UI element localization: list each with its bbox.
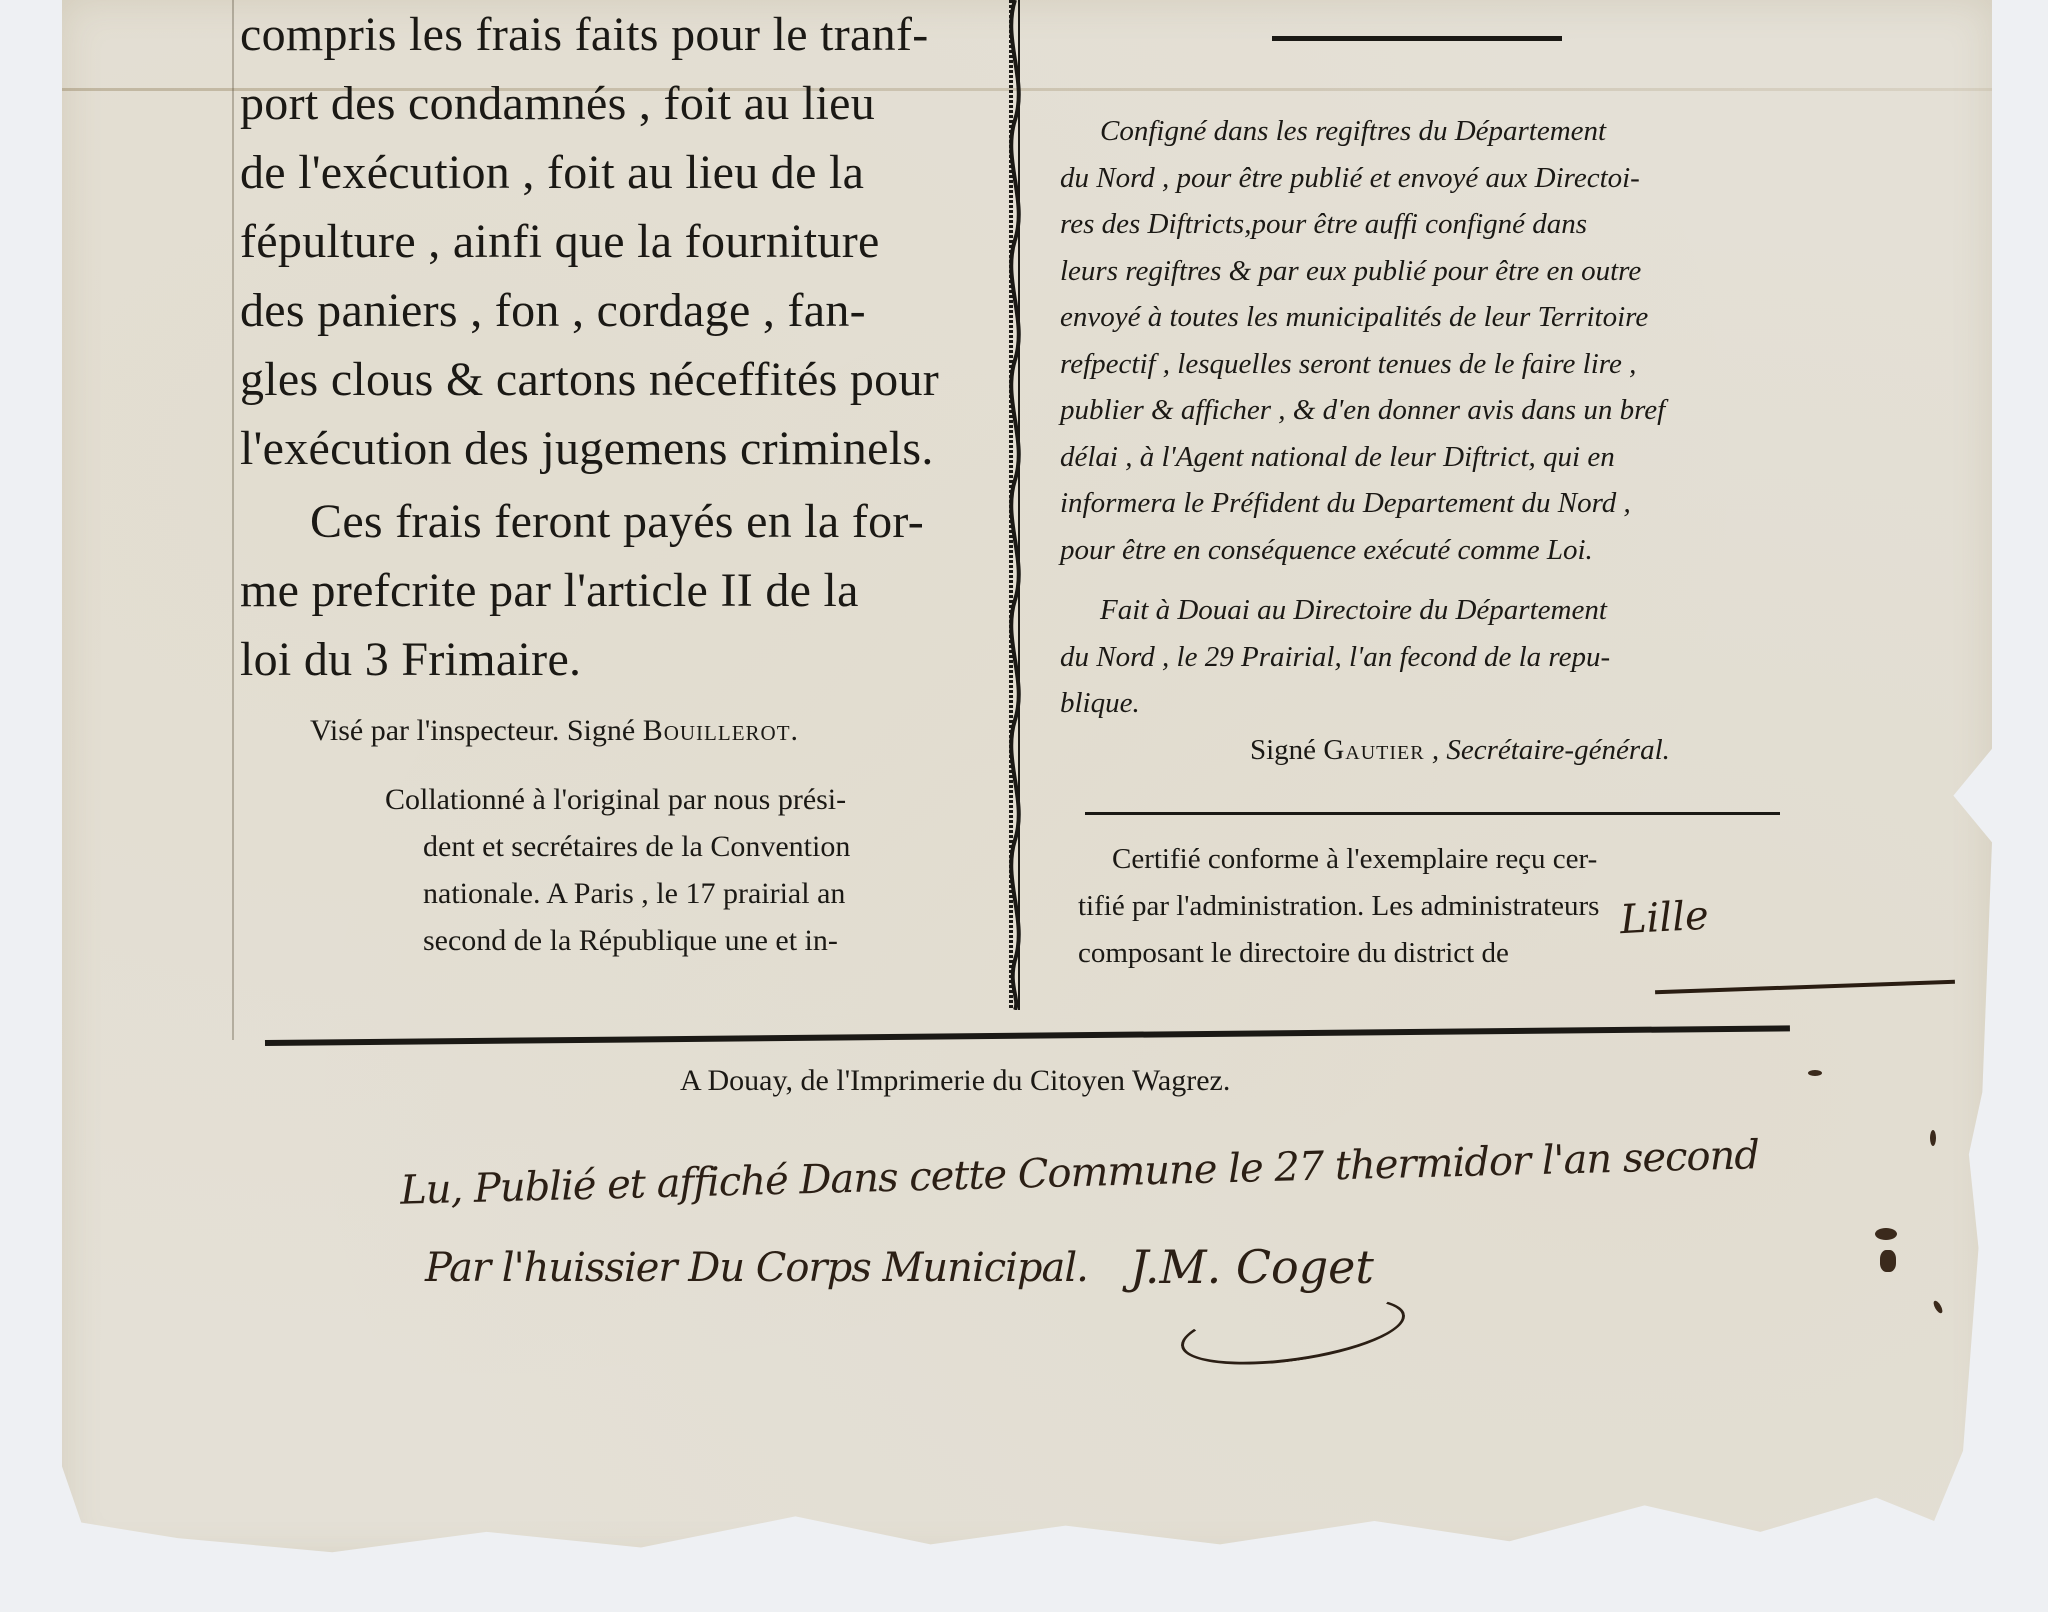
signature-prefix: Signé — [1250, 734, 1323, 766]
consigne-paragraph: Configné dans les regiftres du Départeme… — [1060, 108, 1780, 573]
fold-crease-vertical — [232, 0, 234, 1040]
secretary-name: Gautier — [1323, 734, 1424, 766]
text-line: Collationné à l'original par nous prési- — [385, 776, 980, 823]
vise-prefix: Visé par l'inspecteur. Signé — [310, 714, 643, 747]
text-line: me prefcrite par l'article II de la — [240, 556, 980, 625]
text-line: délai , à l'Agent national de leur Diftr… — [1060, 434, 1780, 481]
text-line: du Nord , pour être publié et envoyé aux… — [1060, 155, 1780, 202]
paragraph-frais: compris les frais faits pour le tranf- p… — [240, 0, 980, 483]
text-line: du Nord , le 29 Prairial, l'an fecond de… — [1060, 634, 1780, 681]
top-rule — [1272, 36, 1562, 41]
paragraph-paiement: Ces frais feront payés en la for- me pre… — [240, 487, 980, 694]
text-line: dent et secrétaires de la Convention — [385, 823, 980, 870]
text-line: l'exécution des jugemens criminels. — [240, 414, 980, 483]
text-line: leurs regiftres & par eux publié pour êt… — [1060, 248, 1780, 295]
rope-column-divider — [1000, 0, 1030, 1010]
text-line: refpectif , lesquelles seront tenues de … — [1060, 341, 1780, 388]
collation-block: Collationné à l'original par nous prési-… — [240, 776, 980, 964]
secretary-signature: Signé Gautier , Secrétaire-général. — [1060, 727, 1780, 774]
inspector-name: Bouillerot. — [643, 714, 799, 747]
text-line: envoyé à toutes les municipalités de leu… — [1060, 294, 1780, 341]
certification-rule — [1085, 812, 1780, 815]
text-line: Ces frais feront payés en la for- — [240, 487, 980, 556]
text-line: informera le Préfident du Departement du… — [1060, 480, 1780, 527]
right-column: Configné dans les regiftres du Départeme… — [1060, 108, 1780, 773]
text-line: des paniers , fon , cordage , fan- — [240, 276, 980, 345]
fait-a-douai-paragraph: Fait à Douai au Directoire du Départemen… — [1060, 587, 1780, 727]
ink-stain — [1880, 1250, 1896, 1272]
text-line: Certifié conforme à l'exemplaire reçu ce… — [1078, 836, 1798, 883]
text-line: port des condamnés , foit au lieu — [240, 69, 980, 138]
text-line: nationale. A Paris , le 17 prairial an — [385, 870, 980, 917]
text-line: de l'exécution , foit au lieu de la — [240, 138, 980, 207]
left-column: compris les frais faits pour le tranf- p… — [240, 0, 980, 964]
text-line: blique. — [1060, 680, 1780, 727]
handwritten-district-name: Lille — [1619, 893, 1710, 944]
text-line: publier & afficher , & d'en donner avis … — [1060, 387, 1780, 434]
text-line: loi du 3 Frimaire. — [240, 625, 980, 694]
handwritten-note-line-2: Par l'huissier Du Corps Municipal. — [425, 1245, 1088, 1291]
vise-inspecteur: Visé par l'inspecteur. Signé Bouillerot. — [240, 714, 980, 748]
text-line: fépulture , ainfi que la fourniture — [240, 207, 980, 276]
text-line: second de la République une et in- — [385, 917, 980, 964]
text-line: gles clous & cartons néceffités pour — [240, 345, 980, 414]
text-line: pour être en conséquence exécuté comme L… — [1060, 527, 1780, 574]
ink-stain — [1808, 1070, 1822, 1076]
text-line: compris les frais faits pour le tranf- — [240, 0, 980, 69]
text-line: Configné dans les regiftres du Départeme… — [1060, 108, 1780, 155]
printer-imprint: A Douay, de l'Imprimerie du Citoyen Wagr… — [680, 1064, 1230, 1098]
ink-stain — [1875, 1228, 1897, 1240]
text-line: Fait à Douai au Directoire du Départemen… — [1060, 587, 1780, 634]
handwritten-signature: J.M. Coget — [1130, 1240, 1374, 1294]
text-line: res des Diftricts,pour être auffi config… — [1060, 201, 1780, 248]
secretary-title: , Secrétaire-général. — [1425, 734, 1670, 766]
ink-stain — [1930, 1130, 1936, 1146]
